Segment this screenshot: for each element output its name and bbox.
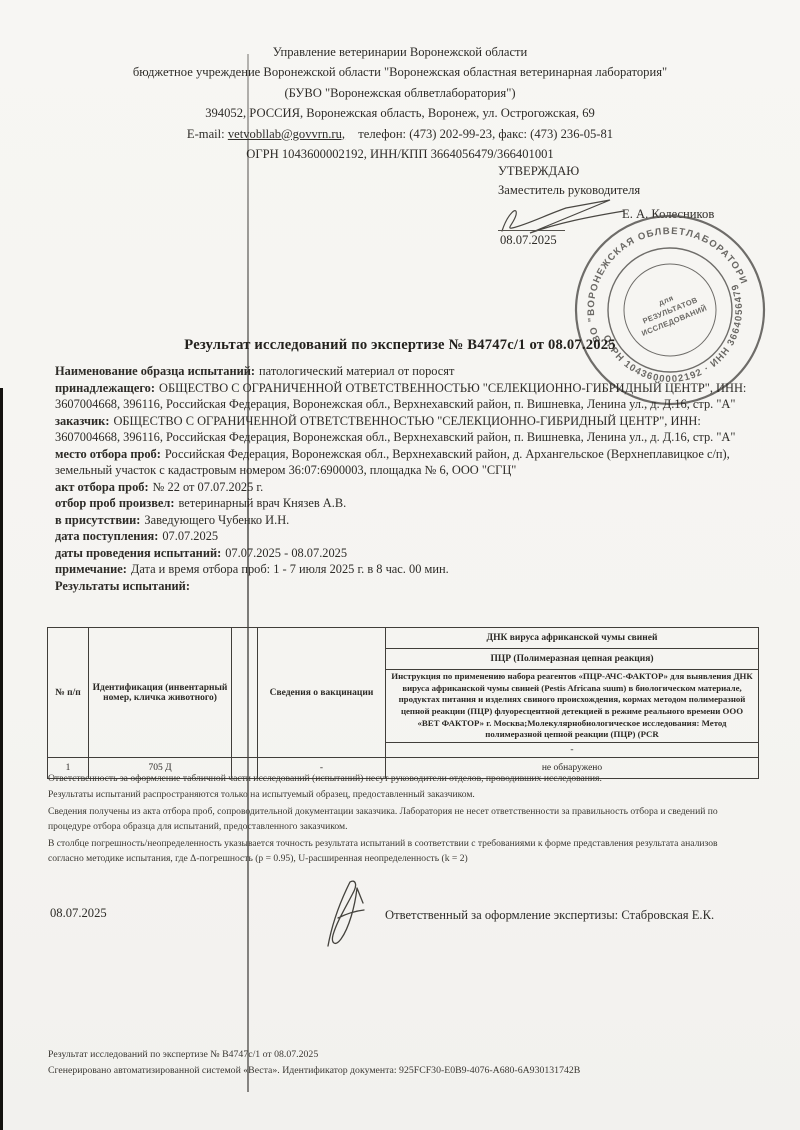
letterhead: Управление ветеринарии Воронежской облас… xyxy=(52,42,748,164)
org-department: Управление ветеринарии Воронежской облас… xyxy=(52,42,748,62)
scanned-document-page: Управление ветеринарии Воронежской облас… xyxy=(0,0,800,1130)
field-value: 07.07.2025 xyxy=(162,529,218,543)
field-label: в присутствии: xyxy=(55,513,140,527)
disclaimer-line: Сведения получены из акта отбора проб, с… xyxy=(48,804,752,835)
field-label: место отбора проб: xyxy=(55,447,161,461)
uncertainty-cell: - xyxy=(386,743,759,758)
document-footer: Результат исследований по экспертизе № В… xyxy=(48,1047,580,1078)
method-description-cell: Инструкция по применению набора реагенто… xyxy=(386,670,759,743)
field-label: акт отбора проб: xyxy=(55,480,149,494)
org-short-name: (БУВО "Воронежская облветлаборатория") xyxy=(52,83,748,103)
document-title: Результат исследований по экспертизе № В… xyxy=(0,337,800,354)
disclaimer-line: В столбце погрешность/неопределенность у… xyxy=(48,836,752,867)
results-section-label: Результаты испытаний: xyxy=(55,578,750,595)
phone-fax: телефон: (473) 202-99-23, факс: (473) 23… xyxy=(358,127,613,141)
field-label: принадлежащего: xyxy=(55,381,155,395)
col-header-identification: Идентификация (инвентарный номер, кличка… xyxy=(89,628,232,758)
field-value: Дата и время отбора проб: 1 - 7 июля 202… xyxy=(131,562,449,576)
approve-word: УТВЕРЖДАЮ xyxy=(498,162,768,181)
field-test-dates: даты проведения испытаний:07.07.2025 - 0… xyxy=(55,545,750,562)
field-value: 07.07.2025 - 08.07.2025 xyxy=(225,546,347,560)
org-contacts: E-mail: vetvobllab@govvrn.ru, телефон: (… xyxy=(52,124,748,144)
disclaimer-line: Результаты испытаний распространяются то… xyxy=(48,787,752,802)
field-label: примечание: xyxy=(55,562,127,576)
field-sampled-by: отбор проб произвел:ветеринарный врач Кн… xyxy=(55,495,750,512)
field-label: заказчик: xyxy=(55,414,109,428)
field-label: отбор проб произвел: xyxy=(55,496,174,510)
field-label: Наименование образца испытаний: xyxy=(55,364,255,378)
field-label: даты проведения испытаний: xyxy=(55,546,221,560)
signature-line xyxy=(498,230,565,231)
disclaimer-line: Ответственность за оформление табличной … xyxy=(48,771,752,786)
field-customer: заказчик:ОБЩЕСТВО С ОГРАНИЧЕННОЙ ОТВЕТСТ… xyxy=(55,413,750,446)
signoff-date: 08.07.2025 xyxy=(50,906,107,921)
field-sample-name: Наименование образца испытаний:патологич… xyxy=(55,363,750,380)
col-header-blank xyxy=(232,628,258,758)
col-header-vaccination: Сведения о вакцинации xyxy=(258,628,386,758)
field-witness: в присутствии:Заведующего Чубенко И.Н. xyxy=(55,512,750,529)
field-value: ОБЩЕСТВО С ОГРАНИЧЕННОЙ ОТВЕТСТВЕННОСТЬЮ… xyxy=(55,381,746,412)
footer-expertise-ref: Результат исследований по экспертизе № В… xyxy=(48,1047,580,1063)
email-address: vetvobllab@govvrn.ru, xyxy=(228,127,345,141)
test-group-header: ДНК вируса африканской чумы свиней xyxy=(386,628,759,649)
field-owner: принадлежащего:ОБЩЕСТВО С ОГРАНИЧЕННОЙ О… xyxy=(55,380,750,413)
field-label: дата поступления: xyxy=(55,529,158,543)
col-header-num: № п/п xyxy=(48,628,89,758)
field-sampling-place: место отбора проб:Российская Федерация, … xyxy=(55,446,750,479)
field-note: примечание:Дата и время отбора проб: 1 -… xyxy=(55,561,750,578)
field-receipt-date: дата поступления:07.07.2025 xyxy=(55,528,750,545)
footer-generated-by: Сгенерировано автоматизированной системо… xyxy=(48,1063,580,1079)
field-value: Заведующего Чубенко И.Н. xyxy=(144,513,289,527)
table-header-row: № п/п Идентификация (инвентарный номер, … xyxy=(48,628,759,649)
approval-date: 08.07.2025 xyxy=(500,233,557,248)
field-value: ветеринарный врач Князев А.В. xyxy=(178,496,346,510)
org-address: 394052, РОССИЯ, Воронежская область, Вор… xyxy=(52,103,748,123)
responsible-person-label: Ответственный за оформление экспертизы: … xyxy=(385,908,714,923)
sample-info-section: Наименование образца испытаний:патологич… xyxy=(55,363,750,594)
responsible-signature xyxy=(318,876,378,954)
disclaimer-section: Ответственность за оформление табличной … xyxy=(48,771,752,867)
email-label: E-mail: xyxy=(187,127,225,141)
scan-edge-artifact xyxy=(0,388,3,1130)
org-name: бюджетное учреждение Воронежской области… xyxy=(52,62,748,82)
field-sampling-act: акт отбора проб:№ 22 от 07.07.2025 г. xyxy=(55,479,750,496)
field-value: патологический материал от поросят xyxy=(259,364,454,378)
test-method-header: ПЦР (Полимеразная цепная реакция) xyxy=(386,649,759,670)
results-table: № п/п Идентификация (инвентарный номер, … xyxy=(47,627,759,779)
field-value: ОБЩЕСТВО С ОГРАНИЧЕННОЙ ОТВЕТСТВЕННОСТЬЮ… xyxy=(55,414,735,445)
field-value: № 22 от 07.07.2025 г. xyxy=(153,480,264,494)
